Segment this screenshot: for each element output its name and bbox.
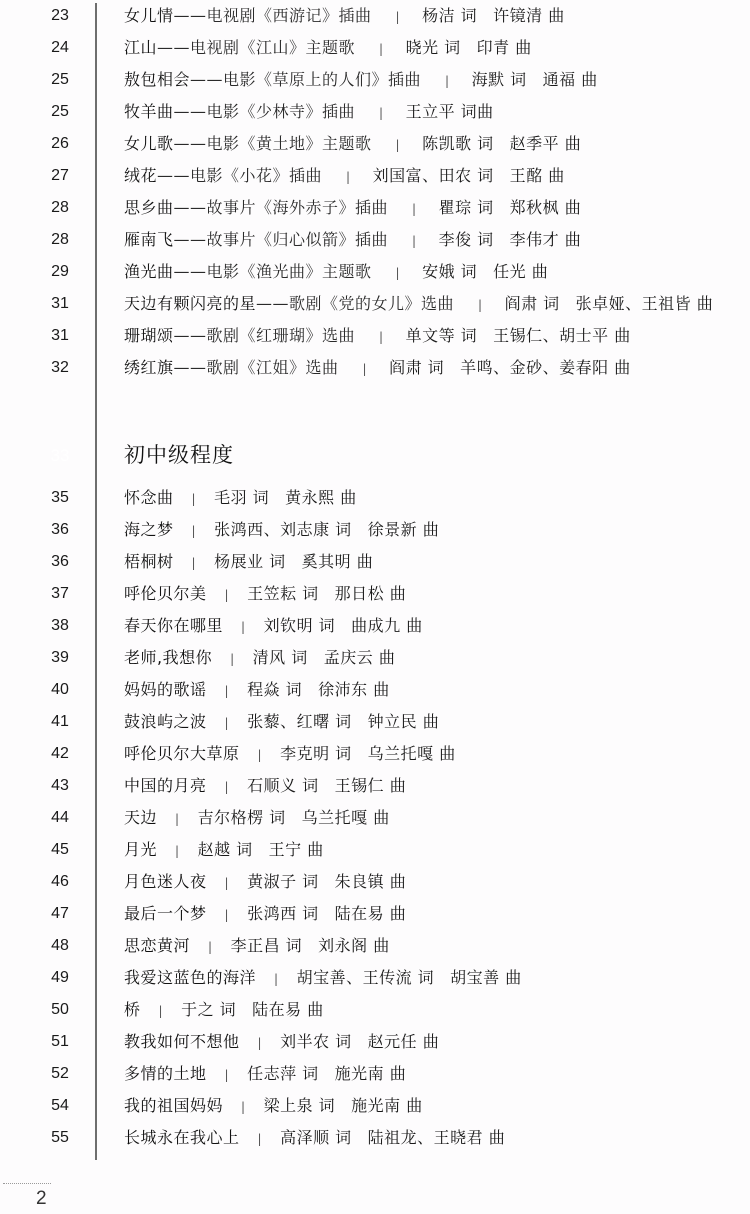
lyricist: 张鸿西、刘志康 词 bbox=[214, 514, 352, 546]
song-subtitle: ——故事片《归心似箭》插曲 bbox=[174, 230, 389, 249]
separator: | bbox=[396, 257, 401, 289]
song-title: 梧桐树 bbox=[124, 552, 174, 571]
page-number: 38 bbox=[40, 610, 80, 642]
song-title: 女儿歌 bbox=[124, 134, 174, 153]
page-number: 49 bbox=[40, 962, 80, 994]
lyricist: 赵越 词 bbox=[198, 834, 253, 866]
lyricist: 于之 词 bbox=[181, 994, 236, 1026]
song-title: 思恋黄河 bbox=[124, 936, 190, 955]
lyricist: 清风 词 bbox=[253, 642, 308, 674]
song-title: 春天你在哪里 bbox=[124, 616, 223, 635]
song-subtitle: ——电影《草原上的人们》插曲 bbox=[190, 70, 421, 89]
lyricist: 单文等 词 bbox=[406, 320, 478, 352]
page-number: 45 bbox=[40, 834, 80, 866]
separator: | bbox=[225, 675, 230, 707]
song-subtitle: ——电视剧《西游记》插曲 bbox=[174, 6, 372, 25]
composer: 孟庆云 曲 bbox=[324, 642, 396, 674]
separator: | bbox=[379, 97, 384, 129]
composer: 印青 曲 bbox=[477, 32, 532, 64]
composer: 李伟才 曲 bbox=[510, 224, 582, 256]
song-subtitle: ——电影《渔光曲》主题歌 bbox=[174, 262, 372, 281]
composer: 曲成九 曲 bbox=[351, 610, 423, 642]
separator: | bbox=[230, 643, 235, 675]
section-page-number: 33 bbox=[40, 440, 80, 472]
lyricist: 晓光 词 bbox=[406, 32, 461, 64]
song-title: 雁南飞 bbox=[124, 230, 174, 249]
song-title: 月光 bbox=[124, 840, 157, 859]
section-heading[interactable]: 初中级程度 bbox=[124, 438, 234, 472]
page-number: 42 bbox=[40, 738, 80, 770]
song-title: 牧羊曲 bbox=[124, 102, 174, 121]
song-title: 怀念曲 bbox=[124, 488, 174, 507]
separator: | bbox=[379, 321, 384, 353]
page-number: 37 bbox=[40, 578, 80, 610]
lyricist: 刘国富、田农 词 bbox=[373, 160, 494, 192]
page-number: 25 bbox=[40, 64, 80, 96]
song-title: 天边 bbox=[124, 808, 157, 827]
composer: 朱良镇 曲 bbox=[335, 866, 407, 898]
separator: | bbox=[396, 129, 401, 161]
page-number: 31 bbox=[40, 320, 80, 352]
lyricist: 张鸿西 词 bbox=[247, 898, 319, 930]
composer: 胡宝善 曲 bbox=[450, 962, 522, 994]
separator: | bbox=[412, 225, 417, 257]
page-number: 31 bbox=[40, 288, 80, 320]
separator: | bbox=[175, 835, 180, 867]
lyricist: 杨展业 词 bbox=[214, 546, 286, 578]
composer: 张卓娅、王祖皆 曲 bbox=[576, 288, 714, 320]
separator: | bbox=[274, 963, 279, 995]
song-title: 呼伦贝尔大草原 bbox=[124, 744, 240, 763]
separator: | bbox=[225, 707, 230, 739]
page-number: 23 bbox=[40, 0, 80, 32]
page-number: 36 bbox=[40, 546, 80, 578]
lyricist: 毛羽 词 bbox=[214, 482, 269, 514]
separator: | bbox=[396, 1, 401, 33]
lyricist: 阎肃 词 bbox=[389, 352, 444, 384]
separator: | bbox=[175, 803, 180, 835]
page-number: 40 bbox=[40, 674, 80, 706]
page-number: 36 bbox=[40, 514, 80, 546]
song-title: 最后一个梦 bbox=[124, 904, 207, 923]
lyricist: 梁上泉 词 bbox=[264, 1090, 336, 1122]
composer: 许镜清 曲 bbox=[493, 0, 565, 32]
separator: | bbox=[478, 289, 483, 321]
page-number: 50 bbox=[40, 994, 80, 1026]
composer: 赵季平 曲 bbox=[510, 128, 582, 160]
song-subtitle: ——歌剧《党的女儿》选曲 bbox=[256, 294, 454, 313]
song-title: 教我如何不想他 bbox=[124, 1032, 240, 1051]
separator: | bbox=[225, 579, 230, 611]
composer: 王锡仁 曲 bbox=[335, 770, 407, 802]
lyricist: 瞿琮 词 bbox=[439, 192, 494, 224]
page-number: 35 bbox=[40, 482, 80, 514]
song-subtitle: ——电影《黄土地》主题歌 bbox=[174, 134, 372, 153]
song-title: 桥 bbox=[124, 1000, 141, 1019]
page-number: 28 bbox=[40, 224, 80, 256]
separator: | bbox=[363, 353, 368, 385]
lyricist: 刘钦明 词 bbox=[264, 610, 336, 642]
page-number: 29 bbox=[40, 256, 80, 288]
song-title: 天边有颗闪亮的星 bbox=[124, 294, 256, 313]
composer: 那日松 曲 bbox=[335, 578, 407, 610]
song-subtitle: ——故事片《海外赤子》插曲 bbox=[174, 198, 389, 217]
song-title: 老师,我想你 bbox=[124, 648, 212, 667]
lyricist: 李俊 词 bbox=[439, 224, 494, 256]
composer: 乌兰托嘎 曲 bbox=[368, 738, 456, 770]
composer: 陆祖龙、王晓君 曲 bbox=[368, 1122, 506, 1154]
separator: | bbox=[192, 515, 197, 547]
song-title: 海之梦 bbox=[124, 520, 174, 539]
separator: | bbox=[445, 65, 450, 97]
lyricist: 胡宝善、王传流 词 bbox=[297, 962, 435, 994]
song-title: 敖包相会 bbox=[124, 70, 190, 89]
page-number: 43 bbox=[40, 770, 80, 802]
page-number: 51 bbox=[40, 1026, 80, 1058]
song-title: 绣红旗 bbox=[124, 358, 174, 377]
composer: 赵元任 曲 bbox=[368, 1026, 440, 1058]
composer: 施光南 曲 bbox=[335, 1058, 407, 1090]
page-number: 48 bbox=[40, 930, 80, 962]
composer: 王宁 曲 bbox=[269, 834, 324, 866]
song-title: 我的祖国妈妈 bbox=[124, 1096, 223, 1115]
page-number: 26 bbox=[40, 128, 80, 160]
composer: 羊鸣、金砂、姜春阳 曲 bbox=[460, 352, 631, 384]
page-number: 55 bbox=[40, 1122, 80, 1154]
composer: 陆在易 曲 bbox=[252, 994, 324, 1026]
song-subtitle: ——歌剧《红珊瑚》选曲 bbox=[174, 326, 356, 345]
separator: | bbox=[258, 739, 263, 771]
lyricist: 陈凯歌 词 bbox=[422, 128, 494, 160]
separator: | bbox=[379, 33, 384, 65]
page-number: 25 bbox=[40, 96, 80, 128]
lyricist: 海默 词 bbox=[472, 64, 527, 96]
footer-page-number: 2 bbox=[36, 1188, 47, 1210]
page-number: 47 bbox=[40, 898, 80, 930]
song-title: 绒花 bbox=[124, 166, 157, 185]
composer: 刘永阁 曲 bbox=[318, 930, 390, 962]
song-subtitle: ——电影《少林寺》插曲 bbox=[174, 102, 356, 121]
composer: 陆在易 曲 bbox=[335, 898, 407, 930]
song-subtitle: ——电视剧《江山》主题歌 bbox=[157, 38, 355, 57]
lyricist: 刘半农 词 bbox=[280, 1026, 352, 1058]
composer: 王锡仁、胡士平 曲 bbox=[493, 320, 631, 352]
separator: | bbox=[225, 899, 230, 931]
separator: | bbox=[208, 931, 213, 963]
page-number: 39 bbox=[40, 642, 80, 674]
separator: | bbox=[192, 547, 197, 579]
separator: | bbox=[192, 483, 197, 515]
song-title: 珊瑚颂 bbox=[124, 326, 174, 345]
lyricist: 李克明 词 bbox=[280, 738, 352, 770]
separator: | bbox=[225, 1059, 230, 1091]
lyricist: 杨洁 词 bbox=[422, 0, 477, 32]
song-title: 江山 bbox=[124, 38, 157, 57]
song-title: 渔光曲 bbox=[124, 262, 174, 281]
composer: 黄永熙 曲 bbox=[285, 482, 357, 514]
lyricist: 王笠耘 词 bbox=[247, 578, 319, 610]
song-title: 思乡曲 bbox=[124, 198, 174, 217]
separator: | bbox=[412, 193, 417, 225]
page-number: 41 bbox=[40, 706, 80, 738]
song-title: 中国的月亮 bbox=[124, 776, 207, 795]
composer: 徐沛东 曲 bbox=[318, 674, 390, 706]
separator: | bbox=[241, 611, 246, 643]
song-title: 妈妈的歌谣 bbox=[124, 680, 207, 699]
lyricist: 任志萍 词 bbox=[247, 1058, 319, 1090]
separator: | bbox=[258, 1027, 263, 1059]
lyricist: 吉尔格楞 词 bbox=[198, 802, 286, 834]
composer: 通福 曲 bbox=[543, 64, 598, 96]
lyricist: 安娥 词 bbox=[422, 256, 477, 288]
separator: | bbox=[258, 1123, 263, 1155]
song-title: 多情的土地 bbox=[124, 1064, 207, 1083]
composer: 施光南 曲 bbox=[351, 1090, 423, 1122]
song-subtitle: ——歌剧《江姐》选曲 bbox=[174, 358, 339, 377]
page-number: 52 bbox=[40, 1058, 80, 1090]
page-number: 44 bbox=[40, 802, 80, 834]
song-title: 我爱这蓝色的海洋 bbox=[124, 968, 256, 987]
song-subtitle: ——电影《小花》插曲 bbox=[157, 166, 322, 185]
composer: 钟立民 曲 bbox=[368, 706, 440, 738]
composer: 郑秋枫 曲 bbox=[510, 192, 582, 224]
composer: 乌兰托嘎 曲 bbox=[302, 802, 390, 834]
song-title: 呼伦贝尔美 bbox=[124, 584, 207, 603]
lyricist: 王立平 词曲 bbox=[406, 96, 494, 128]
song-title: 女儿情 bbox=[124, 6, 174, 25]
lyricist: 黄淑子 词 bbox=[247, 866, 319, 898]
lyricist: 高泽顺 词 bbox=[280, 1122, 352, 1154]
separator: | bbox=[225, 771, 230, 803]
song-title: 月色迷人夜 bbox=[124, 872, 207, 891]
page-number: 54 bbox=[40, 1090, 80, 1122]
composer: 王酩 曲 bbox=[510, 160, 565, 192]
footer-rule bbox=[3, 1183, 51, 1184]
separator: | bbox=[346, 161, 351, 193]
lyricist: 阎肃 词 bbox=[505, 288, 560, 320]
composer: 任光 曲 bbox=[493, 256, 548, 288]
lyricist: 石顺义 词 bbox=[247, 770, 319, 802]
page-number: 24 bbox=[40, 32, 80, 64]
composer: 徐景新 曲 bbox=[368, 514, 440, 546]
song-title: 鼓浪屿之波 bbox=[124, 712, 207, 731]
page-number: 46 bbox=[40, 866, 80, 898]
separator: | bbox=[225, 867, 230, 899]
lyricist: 张藜、红曙 词 bbox=[247, 706, 352, 738]
page-number: 32 bbox=[40, 352, 80, 384]
page-number: 28 bbox=[40, 192, 80, 224]
separator: | bbox=[241, 1091, 246, 1123]
separator: | bbox=[159, 995, 164, 1027]
song-title: 长城永在我心上 bbox=[124, 1128, 240, 1147]
divider-line bbox=[95, 3, 97, 1160]
page-number: 27 bbox=[40, 160, 80, 192]
lyricist: 李正昌 词 bbox=[231, 930, 303, 962]
lyricist: 程焱 词 bbox=[247, 674, 302, 706]
composer: 奚其明 曲 bbox=[302, 546, 374, 578]
